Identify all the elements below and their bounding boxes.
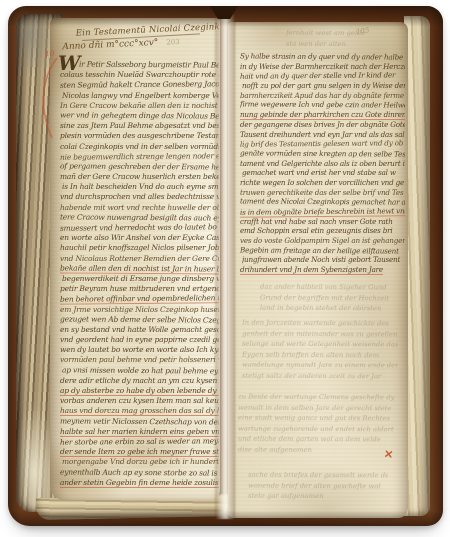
- manuscript-line: hauchil petir knoffszagel Niclos pilsene…: [60, 243, 219, 253]
- manuscript-line: genãte vormūden sine kregten ap den selb…: [240, 148, 405, 159]
- manuscript-line: colai Czeginkopis vnd in der selben vorm…: [60, 142, 219, 152]
- left-page-text-block: ir Petir Salsseborg burgmeistir Paul Beh…: [60, 60, 219, 488]
- manuscript-line: ander stetin Gegebin fin deme heide zosu…: [60, 478, 219, 488]
- manuscript-line: is in dem obgnãte briefe beschrebin ist …: [240, 206, 405, 217]
- manuscript-line: drihundert vnd Jn dem Sybenzigsten Jare: [240, 265, 405, 275]
- manuscript-line: gemachet wart vnd erist her vnd stabe sa…: [242, 168, 405, 178]
- manuscript-line: dere adir etliche dy macht an ym czu kys…: [60, 376, 219, 386]
- right-page-text-block: Sy halbe strasin an dy quer vnd dy ander…: [240, 52, 405, 275]
- manuscript-line: ir Petir Salsseborg burgmeistir Paul Beh…: [60, 59, 219, 70]
- manuscript-line: vormūden paul behme vnd petir holsseneri…: [60, 355, 219, 365]
- manuscript-line: em Jrme vorsichtige Niclos Czeginkop hus…: [60, 305, 219, 315]
- show-through-cluster: fernhalt west am geldesta wen der alten: [286, 28, 398, 50]
- manuscript-line: mañ der Gere Cracow huserlich ersten bek…: [60, 172, 219, 182]
- manuscript-line: haus vnd dorczu mag grosschen das sal dy…: [60, 406, 219, 416]
- red-cross-mark: ✕: [383, 447, 394, 461]
- manuscript-line: halbte sal her marien kindern eins geben…: [60, 427, 219, 437]
- manuscript-line: habende mit wort vnd rechte huwelle der …: [60, 203, 219, 213]
- manuscript-line: wen dy lautet bo worte en worte also Ich…: [60, 345, 219, 355]
- left-page-heading: Ein Testamentũ Nicolai Czeginkopz Anno d…: [76, 21, 237, 51]
- manuscript-line: is In halt bescheiden Vnd do auch eyme s…: [62, 182, 219, 192]
- manuscript-line: vnd durchsprochen vnd alles bedechtnisse…: [60, 192, 219, 202]
- show-through-cluster: sache des briefes der gesamelt werde der…: [248, 470, 388, 502]
- manuscript-line: of pergamen geschreben der der Ersame he…: [60, 161, 219, 172]
- manuscript-line: vnd geordent had in eyne pappirne czedil…: [60, 335, 219, 345]
- left-page: 10 Ein Testamentũ Nicolai Czeginkopz Ann…: [50, 18, 220, 500]
- manuscript-line: en worte also Wir Anshel von der Eycke C…: [60, 233, 219, 243]
- manuscript-line: en sy bestand vnd hatte Wolle gemacht ge…: [60, 325, 219, 335]
- manuscript-line: ap dy absterbe zo habe dy oben lebende d…: [60, 386, 219, 396]
- manuscript-line: firme wegewere Ich vnd gebe czin ander H…: [240, 100, 405, 111]
- manuscript-line: ap vnsi missen wolde zo hat paul behme e…: [62, 365, 219, 376]
- manuscript-photograph: 10 Ein Testamentũ Nicolai Czeginkopz Ann…: [0, 0, 450, 537]
- manuscript-line: In Gere Cracow bekañe allen den iz nochi…: [60, 101, 219, 111]
- manuscript-line: tament vnd Gelgerichte also als iz oben …: [240, 159, 405, 169]
- manuscript-line: nofft zu pol der gart gnu selgen in dy W…: [242, 81, 405, 91]
- folio-number: 105: [356, 26, 370, 35]
- manuscript-line: der gegangene dises brives Jn der obgnãt…: [240, 120, 405, 130]
- manuscript-line: der sende Item zo gebe ich meyner frawe …: [60, 447, 219, 457]
- manuscript-book: 10 Ein Testamentũ Nicolai Czeginkopz Ann…: [8, 6, 443, 526]
- manuscript-line: hait vnd an dy quer der stelle vnd Ir ki…: [240, 71, 405, 82]
- manuscript-line: morgengabe Vnd dorzu gebe ich ir hundert…: [62, 457, 219, 467]
- show-through-cluster: daz ander halbteil von Sigeher GundGrund…: [260, 282, 392, 314]
- manuscript-line: nung gebinde der pharrkirchen czu Gote d…: [240, 110, 405, 120]
- manuscript-line: sten Segmūd hakelt Crance Gonesberg Jaco…: [60, 80, 219, 92]
- manuscript-line: ben behoret offinbar vnd opembredelichen…: [60, 294, 219, 306]
- archival-annotation: 203: [166, 38, 180, 47]
- manuscript-line: ves do voste Goldpampirn Sigel an ist ge…: [240, 236, 405, 246]
- manuscript-line: richte wegen Io solchen der vorcillichen…: [240, 178, 405, 188]
- right-page: 105 Sy halbe strasin an dy quer vnd dy a…: [228, 22, 408, 518]
- manuscript-line: vorbas anderen czu kysen Item man sal ke…: [60, 396, 219, 406]
- manuscript-line: plesin vormūden des ausgeschribene Testa…: [60, 131, 219, 141]
- manuscript-line: vnd Nicolaus Rottener Bemdien der Gere C…: [60, 254, 219, 264]
- manuscript-line: meynem vetir Niclossen Czethschap von de…: [60, 416, 219, 427]
- manuscript-line: jungfrawen abende Noch visti gebort Taus…: [242, 255, 405, 265]
- manuscript-line: wer vnd in gehegtem dinge das Nicolaus B…: [60, 110, 219, 121]
- manuscript-line: Sy halbe strasin an dy quer vnd dy ander…: [240, 51, 405, 62]
- manuscript-line: gezuget wen Ab deme der selbe Niclos Cze…: [60, 314, 219, 325]
- manuscript-line: Nicolas langwy vnd Engelbert komberge Ve…: [62, 91, 219, 101]
- show-through-cluster: In den Jorczeiten wartende geschickte de…: [242, 318, 398, 382]
- manuscript-line: smuessert vnd herredocht was do lautet b…: [60, 222, 219, 234]
- show-through-cluster: zu Beide der wartunge Clemens geschefte …: [238, 392, 398, 456]
- manuscript-line: her storbe ane erbin zo sal is weder an …: [60, 436, 219, 448]
- manuscript-line: crafft hat vnd habe sal nach vnser Gote …: [240, 217, 405, 227]
- manuscript-line: begenwerdikeit di Ersame junge dinsberg …: [62, 274, 219, 284]
- manuscript-line: bekañe allen den di nochist ist Jar in h…: [60, 263, 219, 274]
- red-bracket-icon: [37, 55, 59, 141]
- manuscript-line: eynenthalb Auch ap ey sone storbe zo sal…: [60, 467, 219, 478]
- manuscript-line: sine zas Jtem Paul Behme abgesatzt vnd b…: [60, 121, 219, 131]
- manuscript-line: emd Schoppin ersal etin gezeugnis dises …: [240, 226, 405, 236]
- manuscript-line: Begebin am freitage an der heilige eilft…: [240, 245, 405, 256]
